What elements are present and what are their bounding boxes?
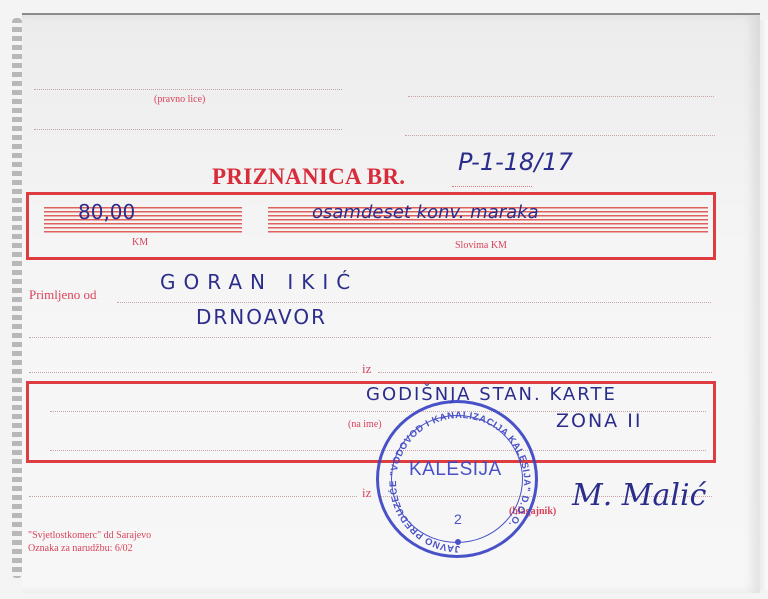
stamp-ring-text: JAVNO PREDUZEĆE "VODOVOD I KANALIZACIJA … <box>379 403 541 561</box>
received-from-label: Primljeno od <box>29 287 97 303</box>
legal-entity-line-2b <box>405 135 715 136</box>
on-behalf-label: (na ime) <box>348 419 382 430</box>
cashier-signature: M. Malić <box>572 478 706 513</box>
address-line <box>29 337 711 338</box>
stamp-city: KALESIJA <box>409 459 502 481</box>
order-code: Oznaka za narudžbu: 6/02 <box>28 543 133 554</box>
from-line-left <box>29 372 357 373</box>
company-stamp: JAVNO PREDUZEĆE "VODOVOD I KANALIZACIJA … <box>376 400 538 558</box>
from-label: iz <box>362 361 371 377</box>
amount-in-words: osamdeset konv. maraka <box>312 202 539 223</box>
purpose-line-1-text: GODIŠNJA STAN. KARTE <box>366 384 617 405</box>
spiral-binding <box>12 18 22 578</box>
received-from-line <box>117 302 711 303</box>
stamp-number: 2 <box>454 511 462 527</box>
receipt-title: PRIZNANICA BR. <box>212 164 405 190</box>
purpose-line-2-text: ZONA II <box>556 410 642 432</box>
bottom-from-label: iz <box>362 485 371 501</box>
payer-city: DRNOAVOR <box>196 305 327 329</box>
receipt-number: P-1-18/17 <box>458 148 573 176</box>
legal-entity-label: (pravno lice) <box>154 94 205 105</box>
payer-name: GORAN IKIĆ <box>160 270 358 294</box>
printer-name: "Svjetlostkomerc" dd Sarajevo <box>28 530 151 541</box>
bottom-line-left <box>29 496 357 497</box>
legal-entity-line-1a <box>34 89 342 90</box>
stamp-dot <box>455 539 461 545</box>
receipt-number-line <box>452 186 532 187</box>
purpose-line-2 <box>50 450 706 451</box>
amount-ruled-field <box>44 207 242 233</box>
legal-entity-line-1b <box>408 96 714 97</box>
from-line-right <box>378 372 712 373</box>
legal-entity-line-2a <box>34 129 342 130</box>
amount-value: 80,00 <box>78 200 135 224</box>
in-words-label: Slovima KM <box>455 240 507 251</box>
svg-text:JAVNO PREDUZEĆE "VODOVOD I KAN: JAVNO PREDUZEĆE "VODOVOD I KANALIZACIJA … <box>387 410 532 554</box>
currency-label: KM <box>132 237 148 248</box>
